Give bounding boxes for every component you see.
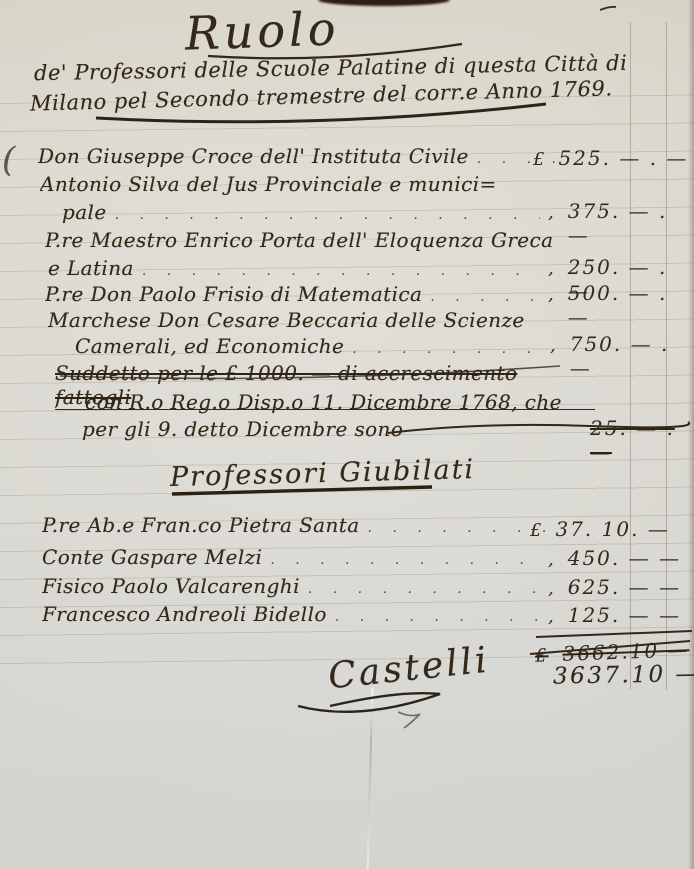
currency-symbol: £ [533, 149, 544, 170]
ledger-row: pale . . . . . . . . . . . . . . . . . .… [62, 200, 540, 224]
row-name: per gli 9. detto Dicembre sono [82, 417, 403, 441]
row-name: con R.o Reg.o Disp.o 11. Dicembre 1768, … [85, 390, 562, 414]
manuscript-page: Ruolo de' Professori delle Scuole Palati… [0, 0, 694, 869]
ledger-row: Don Giuseppe Croce dell' Instituta Civil… [38, 144, 560, 168]
pen-mark: ( [2, 140, 15, 180]
row-name: e Latina [48, 256, 134, 280]
ledger-row: P.re Maestro Enrico Porta dell' Eloquenz… [45, 228, 567, 252]
document-title: Ruolo [184, 1, 340, 60]
amount-cell: , 375. — . — [548, 199, 694, 247]
row-name: Don Giuseppe Croce dell' Instituta Civil… [38, 144, 469, 168]
ledger-row: Camerali, ed Economiche . . . . . . . . … [75, 334, 540, 358]
amount-cell: £ 37. 10. — [530, 517, 670, 541]
amount-value: 125. — — [568, 603, 681, 627]
amount-value: 525. — . — [558, 146, 688, 170]
comma-mark: , [548, 258, 554, 279]
currency-symbol: £ [535, 645, 549, 666]
row-name: P.re Ab.e Fran.co Pietra Santa [42, 513, 360, 537]
signature-paraph-tail [398, 712, 420, 728]
ledger-row: Marchese Don Cesare Beccaria delle Scien… [48, 308, 570, 332]
ledger-row-struck: con R.o Reg.o Disp.o 11. Dicembre 1768, … [85, 390, 585, 414]
dot-leader: . . . . . . . . . . . . . [335, 609, 540, 625]
row-name: P.re Maestro Enrico Porta dell' Eloquenz… [45, 228, 553, 252]
dot-leader: . . . . . . . . . . . . . . . . . . . . … [142, 263, 540, 279]
pen-tick-top-right [600, 7, 616, 10]
row-name: Antonio Silva del Jus Provinciale e muni… [40, 172, 497, 196]
row-name: Francesco Andreoli Bidello [42, 602, 327, 626]
ledger-row: Francesco Andreoli Bidello . . . . . . .… [42, 602, 540, 626]
dot-leader: . . . . . . . . . . . . . . . . . . . . … [115, 207, 540, 223]
ledger-row: P.re Ab.e Fran.co Pietra Santa . . . . .… [42, 513, 552, 537]
amount-cell: , 450. — — [548, 546, 681, 570]
currency-symbol: £ [530, 520, 541, 541]
dot-leader: . . . . . . . . . . . . . . . . . . . . … [270, 552, 540, 568]
comma-mark: , [548, 606, 554, 627]
ledger-row: Conte Gaspare Melzi . . . . . . . . . . … [42, 545, 540, 569]
total-final-value: 3637.10 — — [553, 660, 694, 689]
row-name: Fisico Paolo Valcarenghi [42, 574, 300, 598]
comma-mark: , [548, 284, 554, 305]
comma-mark: , [548, 202, 554, 223]
signature-paraph [298, 693, 440, 712]
amount-cell: , 125. — — [548, 603, 681, 627]
amount-cell: £ 525. — . — [533, 146, 688, 170]
row-name: Marchese Don Cesare Beccaria delle Scien… [48, 308, 525, 332]
dot-leader: . . . . . . . . . . . [430, 289, 540, 305]
comma-mark: , [548, 578, 554, 599]
amount-cell: , 625. — — [548, 575, 681, 599]
amount-value: 450. — — [568, 546, 681, 570]
signature: Castelli [326, 640, 491, 698]
amount-value: 25. — . — [590, 416, 694, 464]
comma-mark: , [550, 335, 556, 356]
paper-crease [367, 688, 374, 869]
ledger-row-struck: per gli 9. detto Dicembre sono [82, 417, 442, 441]
ledger-row: P.re Don Paolo Frisio di Matematica . . … [45, 282, 540, 306]
amount-value: 375. — . — [568, 199, 694, 247]
amount-cell-struck: 25. — . — [590, 416, 694, 464]
ledger-row: e Latina . . . . . . . . . . . . . . . .… [48, 256, 540, 280]
amount-value: 625. — — [568, 575, 681, 599]
amount-value: 500. — . — [568, 281, 694, 329]
comma-mark: , [548, 549, 554, 570]
amount-value: 37. 10. — [555, 517, 669, 541]
ledger-row: Fisico Paolo Valcarenghi . . . . . . . .… [42, 574, 540, 598]
section-heading: Professori Giubilati [170, 454, 476, 493]
dot-leader: . . . . . . . . . . . . . . . . . [308, 581, 540, 597]
row-name: pale [62, 200, 107, 224]
row-name: Camerali, ed Economiche [75, 334, 344, 358]
ledger-row: Antonio Silva del Jus Provinciale e muni… [40, 172, 562, 196]
row-name: P.re Don Paolo Frisio di Matematica [45, 282, 422, 306]
row-name: Conte Gaspare Melzi [42, 545, 262, 569]
dot-leader: . . . . . . . . . . . . . . . . . [352, 341, 540, 357]
totals-rule [536, 631, 692, 637]
dot-leader: . . . . . . . . . [368, 520, 552, 536]
